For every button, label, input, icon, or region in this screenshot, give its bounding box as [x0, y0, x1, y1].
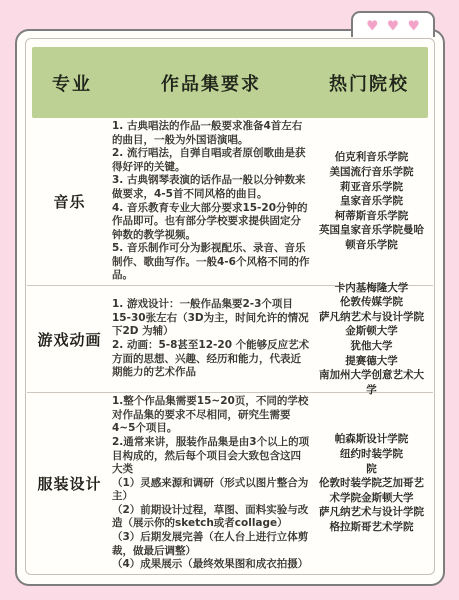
school-name: 伯克利音乐学院 — [314, 150, 429, 165]
requirements-list: 1. 古典唱法的作品一般要求准备4首左右的曲目，一般为外国语演唱。2. 流行唱法… — [112, 118, 310, 285]
heart-icons-row: ♥♥♥ — [367, 20, 420, 33]
requirement-item: （4）成果展示（最终效果图和成衣拍摄） — [112, 558, 310, 572]
major-label: 音乐 — [27, 118, 112, 285]
school-name: 伦敦传媒学院 — [314, 295, 429, 310]
school-name: 萨凡纳艺术与设计学院 — [314, 310, 429, 325]
requirement-item: （3）后期发展完善（在人台上进行立体剪裁，做最后调整） — [112, 531, 310, 558]
requirement-item: 2. 动画：5-8甚至12-20 个能够反应艺术方面的思想、兴趣、经历和能力，代… — [112, 339, 310, 380]
heart-icon: ♥ — [408, 20, 420, 33]
section-game-animation: 游戏动画 1. 游戏设计：一般作品集要2-3个项目15-30张左右（3D为主，时… — [27, 285, 433, 392]
requirement-item: 2.通常来讲，服装作品集是由3个以上的项目构成的，然后每个项目会大致包含这四大类 — [112, 436, 310, 477]
requirement-item: 1.整个作品集需要15~20页，不同的学校对作品集的要求不尽相同，研究生需要4~… — [112, 395, 310, 436]
requirement-item: 4. 音乐教育专业大部分要求15-20分钟的作品即可。也有部分学校要求提供固定分… — [112, 202, 310, 243]
school-name: 帕森斯设计学院 — [314, 432, 429, 447]
requirement-item: （1）灵感来源和调研（形式以图片整合为主） — [112, 477, 310, 504]
school-name: 萨凡纳艺术与设计学院 — [314, 505, 429, 520]
requirement-item: 3. 古典钢琴表演的话作品一般以分钟数来做要求，4-5首不同风格的曲目。 — [112, 174, 310, 201]
header-major: 专业 — [32, 70, 112, 96]
heart-icon: ♥ — [387, 20, 399, 33]
school-name: 柯蒂斯音乐学院 — [314, 209, 429, 224]
schools-list: 帕森斯设计学院纽约时装学院院伦敦时装学院芝加哥艺术学院金斯顿大学萨凡纳艺术与设计… — [310, 393, 433, 573]
requirement-item: 1. 古典唱法的作品一般要求准备4首左右的曲目，一般为外国语演唱。 — [112, 120, 310, 147]
heart-icon: ♥ — [367, 20, 379, 33]
school-name: 院 — [314, 462, 429, 477]
school-name: 美国流行音乐学院 — [314, 165, 429, 180]
school-name: 卡内基梅隆大学 — [314, 281, 429, 296]
portfolio-table-card: 专业 作品集要求 热门院校 音乐 1. 古典唱法的作品一般要求准备4首左右的曲目… — [15, 29, 445, 586]
requirement-item: 2. 流行唱法，自弹自唱或者原创歌曲是获得好评的关键。 — [112, 147, 310, 174]
school-name: 英国皇家音乐学院曼哈顿音乐学院 — [314, 223, 429, 252]
card-content: 专业 作品集要求 热门院校 音乐 1. 古典唱法的作品一般要求准备4首左右的曲目… — [27, 39, 433, 573]
header-requirements: 作品集要求 — [112, 70, 310, 96]
school-name: 提赛德大学 — [314, 354, 429, 369]
major-label: 游戏动画 — [27, 286, 112, 392]
school-name: 纽约时装学院 — [314, 447, 429, 462]
school-name: 皇家音乐学院 — [314, 194, 429, 209]
requirement-item: （2）前期设计过程，草图、面料实验与改造（展示你的sketch或者collage… — [112, 504, 310, 531]
section-fashion-design: 服装设计 1.整个作品集需要15~20页，不同的学校对作品集的要求不尽相同，研究… — [27, 392, 433, 573]
hearts-tab: ♥♥♥ — [351, 11, 435, 37]
header-schools: 热门院校 — [310, 70, 428, 96]
table-header-row: 专业 作品集要求 热门院校 — [32, 47, 428, 118]
school-name: 金斯顿大学 — [314, 324, 429, 339]
requirements-list: 1. 游戏设计：一般作品集要2-3个项目15-30张左右（3D为主，时间允许的情… — [112, 286, 310, 392]
section-music: 音乐 1. 古典唱法的作品一般要求准备4首左右的曲目，一般为外国语演唱。2. 流… — [27, 118, 433, 285]
major-label: 服装设计 — [27, 393, 112, 573]
school-name: 格拉斯哥艺术学院 — [314, 520, 429, 535]
schools-list: 卡内基梅隆大学伦敦传媒学院萨凡纳艺术与设计学院金斯顿大学犹他大学提赛德大学南加州… — [310, 286, 433, 392]
requirement-item: 1. 游戏设计：一般作品集要2-3个项目15-30张左右（3D为主，时间允许的情… — [112, 298, 310, 339]
requirement-item: 5. 音乐制作可分为影视配乐、录音、音乐制作、歌曲写作。一般4-6个风格不同的作… — [112, 242, 310, 283]
school-name: 伦敦时装学院芝加哥艺术学院金斯顿大学 — [314, 476, 429, 505]
school-name: 犹他大学 — [314, 339, 429, 354]
requirements-list: 1.整个作品集需要15~20页，不同的学校对作品集的要求不尽相同，研究生需要4~… — [112, 393, 310, 573]
school-name: 莉亚音乐学院 — [314, 180, 429, 195]
schools-list: 伯克利音乐学院美国流行音乐学院莉亚音乐学院皇家音乐学院柯蒂斯音乐学院英国皇家音乐… — [310, 118, 433, 285]
